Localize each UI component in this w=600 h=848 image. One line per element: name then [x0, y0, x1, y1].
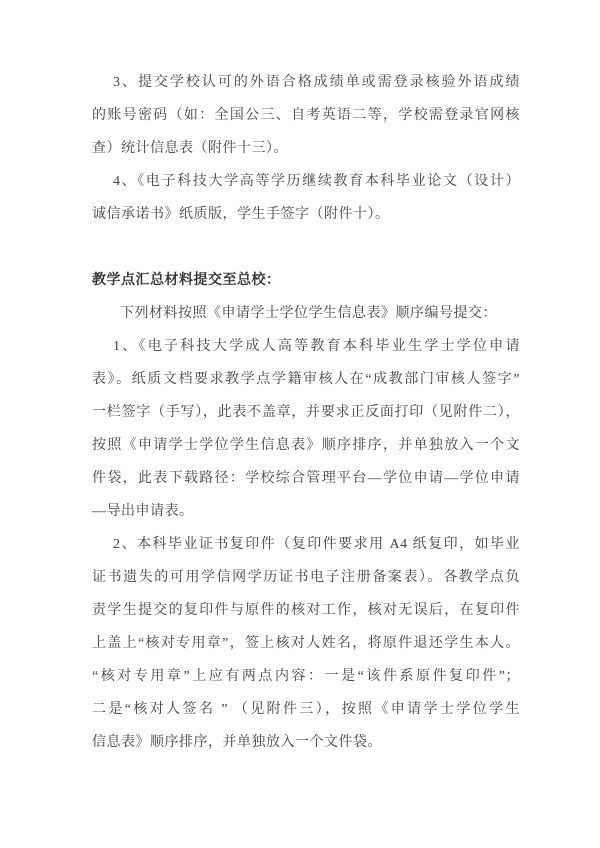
text-line: 诚信承诺书》纸质版，学生手签字（附件十）。 — [92, 198, 520, 231]
blank-line — [92, 231, 520, 264]
text-line: 信息表》顺序排序，并单独放入一个文件袋。 — [92, 726, 520, 759]
text-line: 件袋，此表下载路径：学校综合管理平台—学位申请—学位申请 — [92, 462, 520, 495]
text-line: 责学生提交的复印件与原件的核对工作，核对无误后，在复印件 — [92, 594, 520, 627]
text-line: 二是“核对人签名 ” （见附件三），按照《申请学士学位学生 — [92, 693, 520, 726]
text-block: 3、提交学校认可的外语合格成绩单或需登录核验外语成绩的账号密码（如：全国公三、自… — [92, 66, 520, 759]
section-heading: 教学点汇总材料提交至总校： — [92, 264, 520, 297]
text-line: —导出申请表。 — [92, 495, 520, 528]
text-line: “核对专用章”上应有两点内容：一是“该件系原件复印件”； — [92, 660, 520, 693]
text-line: 下列材料按照《申请学士学位学生信息表》顺序编号提交： — [92, 297, 520, 330]
text-line: 4、《电子科技大学高等学历继续教育本科毕业论文（设计） — [92, 165, 520, 198]
text-line: 2、本科毕业证书复印件（复印件要求用 A4 纸复印，如毕业 — [92, 528, 520, 561]
text-line: 1、《电子科技大学成人高等教育本科毕业生学士学位申请 — [92, 330, 520, 363]
text-line: 一栏签字（手写），此表不盖章，并要求正反面打印（见附件二）， — [92, 396, 520, 429]
text-line: 上盖上“核对专用章”，签上核对人姓名，将原件退还学生本人。 — [92, 627, 520, 660]
text-line: 证书遗失的可用学信网学历证书电子注册备案表）。各教学点负 — [92, 561, 520, 594]
text-line: 表》。纸质文档要求教学点学籍审核人在“成教部门审核人签字” — [92, 363, 520, 396]
text-line: 的账号密码（如：全国公三、自考英语二等，学校需登录官网核 — [92, 99, 520, 132]
text-line: 查）统计信息表（附件十三）。 — [92, 132, 520, 165]
text-line: 按照《申请学士学位学生信息表》顺序排序，并单独放入一个文 — [92, 429, 520, 462]
text-line: 3、提交学校认可的外语合格成绩单或需登录核验外语成绩 — [92, 66, 520, 99]
document-page: 3、提交学校认可的外语合格成绩单或需登录核验外语成绩的账号密码（如：全国公三、自… — [0, 0, 600, 848]
